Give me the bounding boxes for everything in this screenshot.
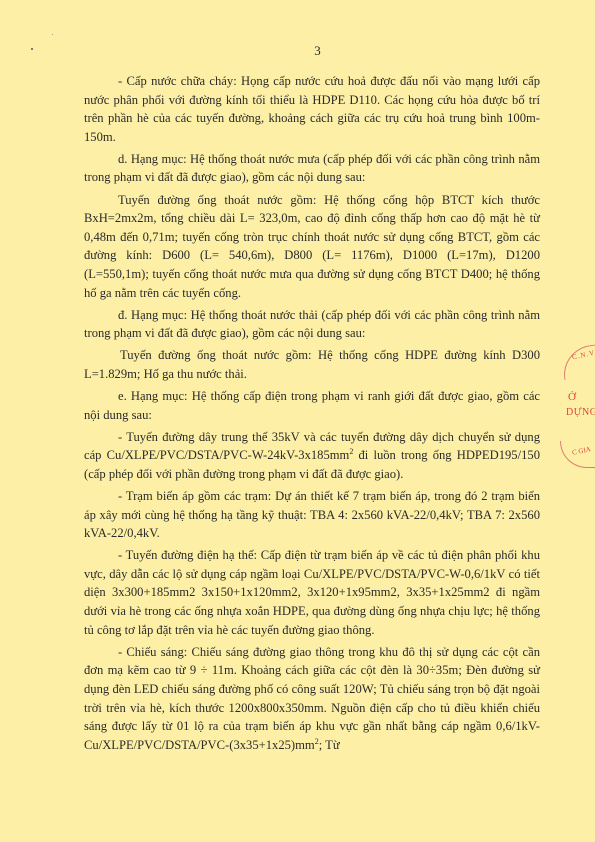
paragraph-rain-drainage-pipes: Tuyến đường ống thoát nước gồm: Hệ thống… xyxy=(84,191,540,303)
document-page: 3 - Cấp nước chữa cháy: Họng cấp nước cứ… xyxy=(0,0,595,842)
document-body: - Cấp nước chữa cháy: Họng cấp nước cứu … xyxy=(84,72,540,758)
scan-speck xyxy=(52,34,53,35)
paragraph-transformer-stations: - Trạm biến áp gồm các trạm: Dự án thiết… xyxy=(84,487,540,543)
stamp-arc-top xyxy=(560,341,595,380)
paragraph-fire-water-supply: - Cấp nước chữa cháy: Họng cấp nước cứu … xyxy=(84,72,540,146)
paragraph-wastewater-pipes: Tuyến đường ống thoát nước gồm: Hệ thống… xyxy=(84,346,540,383)
red-seal-stamp: C.N.V Ở DỰNG C GIA xyxy=(560,345,595,475)
paragraph-street-lighting: - Chiếu sáng: Chiếu sáng đường giao thôn… xyxy=(84,643,540,755)
text-segment: - Chiếu sáng: Chiếu sáng đường giao thôn… xyxy=(84,645,540,752)
paragraph-low-voltage-line: - Tuyến đường điện hạ thế: Cấp điện từ t… xyxy=(84,546,540,639)
paragraph-rain-drainage-heading: d. Hạng mục: Hệ thống thoát nước mưa (cấ… xyxy=(84,150,540,187)
stamp-middle-letter: Ở xyxy=(568,391,576,403)
stamp-middle-text: DỰNG xyxy=(566,407,595,418)
page-number: 3 xyxy=(0,43,595,59)
paragraph-medium-voltage-line: - Tuyến đường dây trung thế 35kV và các … xyxy=(84,428,540,484)
text-segment: ; Từ xyxy=(319,738,340,752)
paragraph-wastewater-heading: đ. Hạng mục: Hệ thống thoát nước thải (c… xyxy=(84,306,540,343)
paragraph-power-supply-heading: e. Hạng mục: Hệ thống cấp điện trong phạ… xyxy=(84,387,540,424)
